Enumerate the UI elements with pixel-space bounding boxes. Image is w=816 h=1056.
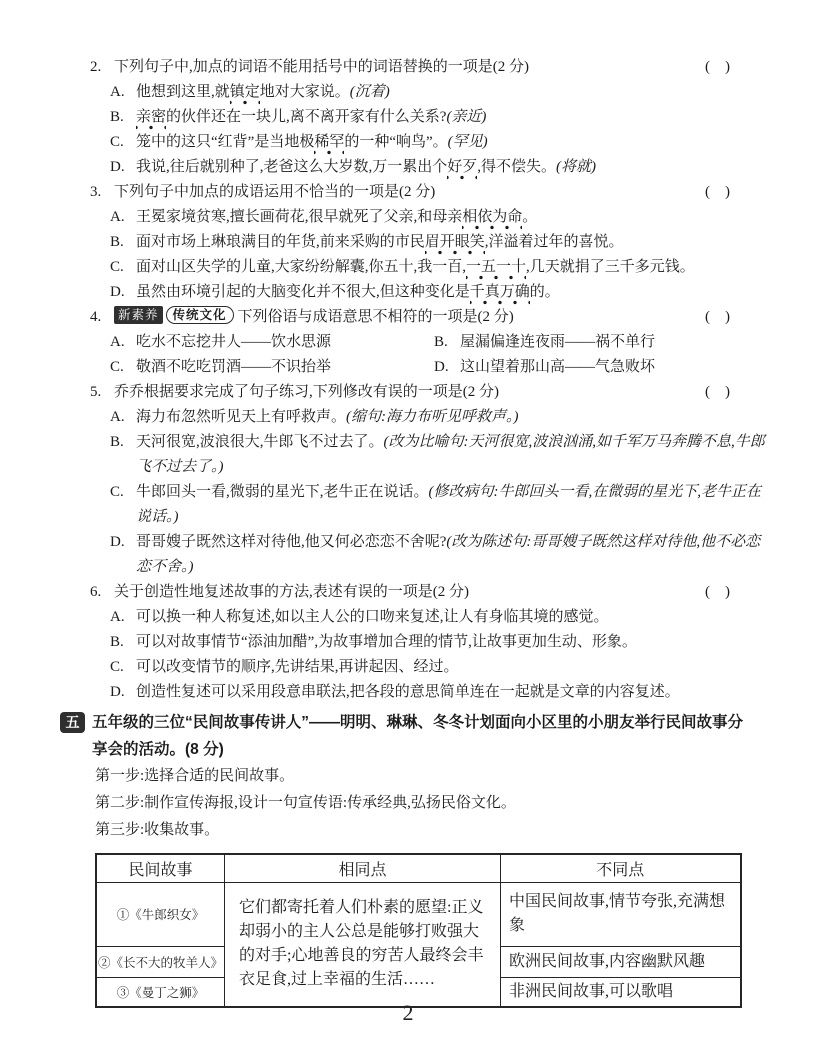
option-label: D.	[110, 530, 136, 555]
step-3: 第三步:收集故事。	[95, 817, 766, 844]
stem-text: 下列句子中加点的成语运用不恰当的一项是(2 分)	[114, 184, 435, 200]
option-d: D.虽然由环境引起的大脑变化并不很大,但这种变化是千真万确的。	[110, 280, 772, 305]
kai-annotation: (沉着)	[350, 84, 390, 100]
option-text: 地对大家说。	[260, 84, 350, 100]
option-label: B.	[110, 230, 136, 255]
question-6: 6.关于创造性地复述故事的方法,表述有误的一项是(2 分)( )A.可以换一种人…	[90, 580, 772, 705]
answer-bracket: ( )	[705, 180, 730, 205]
stem-text: 下列俗语与成语意思不相符的一项是(2 分)	[238, 309, 514, 325]
emphasized-text: 一五一十	[466, 259, 526, 280]
options: A.王冕家境贫寒,擅长画荷花,很早就死了父亲,和母亲相依为命。B.面对市场上琳琅…	[90, 205, 772, 305]
table-row: ①《牛郎织女》 它们都寄托着人们朴素的愿望:正义却弱小的主人公总是能够打败强大的…	[96, 882, 741, 946]
header-folk-story: 民间故事	[96, 854, 225, 882]
option-text: 虽然由环境引起的大脑变化并不很大,但这种变化是	[136, 284, 470, 300]
section-number-badge: 五	[60, 712, 85, 733]
option-b: B.天河很宽,波浪很大,牛郎飞不过去了。(改为比喻句:天河很宽,波浪汹涌,如千军…	[110, 430, 772, 480]
option-text: 吃水不忘挖井人——饮水思源	[136, 334, 331, 350]
folk-story-table: 民间故事 相同点 不同点 ①《牛郎织女》 它们都寄托着人们朴素的愿望:正义却弱小…	[95, 853, 742, 1008]
option-text: 可以对故事情节“添油加醋”,为故事增加合理的情节,让故事更加生动、形象。	[136, 634, 637, 650]
option-a: A.王冕家境贫寒,擅长画荷花,很早就死了父亲,和母亲相依为命。	[110, 205, 772, 230]
option-text: 。	[522, 209, 537, 225]
question-number: 4.	[90, 305, 114, 330]
emphasized-text: 好歹	[447, 159, 477, 180]
traditional-culture-badge: 传统文化	[166, 306, 234, 324]
stem-text: 下列句子中,加点的词语不能用括号中的词语替换的一项是(2 分)	[114, 59, 529, 75]
option-text: ,洋溢着过年的喜悦。	[485, 234, 624, 250]
emphasized-text: 眉开眼笑	[425, 234, 485, 255]
option-label: D.	[110, 280, 136, 305]
option-text: 王冕家境贫寒,擅长画荷花,很早就死了父亲,和母亲	[136, 209, 462, 225]
stem-text: 乔乔根据要求完成了句子练习,下列修改有误的一项是(2 分)	[114, 384, 499, 400]
option-text: 敬酒不吃吃罚酒——不识抬举	[136, 359, 331, 375]
option-label: A.	[110, 80, 136, 105]
option-label: C.	[110, 480, 136, 505]
options: A.他想到这里,就镇定地对大家说。(沉着)B.亲密的伙伴还在一块儿,离不离开家有…	[90, 80, 772, 180]
option-label: C.	[110, 130, 136, 155]
option-text: ,几天就捐了三千多元钱。	[526, 259, 695, 275]
header-difference: 不同点	[501, 854, 741, 882]
question-stem: 3.下列句子中加点的成语运用不恰当的一项是(2 分)( )	[90, 180, 772, 205]
question-stem: 5.乔乔根据要求完成了句子练习,下列修改有误的一项是(2 分)( )	[90, 380, 772, 405]
exam-page: 2.下列句子中,加点的词语不能用括号中的词语替换的一项是(2 分)( )A.他想…	[0, 0, 816, 1056]
kai-annotation: (缩句:海力布听见呼救声。)	[346, 409, 519, 425]
option-label: B.	[434, 330, 460, 355]
option-text: 面对市场上琳琅满目的年货,前来采购的市民	[136, 234, 425, 250]
section-five: 五 五年级的三位“民间故事传讲人”——明明、琳琳、冬冬计划面向小区里的小朋友举行…	[62, 709, 766, 1008]
option-text: 海力布忽然听见天上有呼救声。	[136, 409, 346, 425]
section-intro-text: 五年级的三位“民间故事传讲人”——明明、琳琳、冬冬计划面向小区里的小朋友举行民间…	[92, 714, 743, 758]
option-label: B.	[110, 430, 136, 455]
option-c: C.可以改变情节的顺序,先讲结果,再讲起因、经过。	[110, 655, 772, 680]
option-label: B.	[110, 630, 136, 655]
option-label: D.	[110, 155, 136, 180]
option-label: A.	[110, 205, 136, 230]
option-text: 的伙伴还在一块儿,离不离开家有什么关系?	[166, 109, 446, 125]
question-number: 5.	[90, 380, 114, 405]
option-label: B.	[110, 105, 136, 130]
answer-bracket: ( )	[705, 305, 730, 330]
option-text: 面对山区失学的儿童,大家纷纷解囊,你五十,我一百,	[136, 259, 466, 275]
option-text: 屋漏偏逢连夜雨——祸不单行	[460, 334, 655, 350]
question-5: 5.乔乔根据要求完成了句子练习,下列修改有误的一项是(2 分)( )A.海力布忽…	[90, 380, 772, 580]
options: A.海力布忽然听见天上有呼救声。(缩句:海力布听见呼救声。)B.天河很宽,波浪很…	[90, 405, 772, 580]
emphasized-text: 亲密	[136, 109, 166, 130]
question-number: 2.	[90, 55, 114, 80]
option-text: 的。	[530, 284, 560, 300]
story-2: ②《长不大的牧羊人》	[96, 946, 225, 977]
option-label: C.	[110, 255, 136, 280]
emphasized-text: 相依为命	[462, 209, 522, 230]
answer-bracket: ( )	[705, 580, 730, 605]
option-b: B.屋漏偏逢连夜雨——祸不单行	[434, 330, 772, 355]
option-d: D.创造性复述可以采用段意串联法,把各段的意思简单连在一起就是文章的内容复述。	[110, 680, 772, 705]
header-similarity: 相同点	[225, 854, 501, 882]
emphasized-text: 稀罕	[314, 134, 344, 155]
option-d: D.哥哥嫂子既然这样对待他,他又何必恋恋不舍呢?(改为陈述句:哥哥嫂子既然这样对…	[110, 530, 772, 580]
section-intro: 五 五年级的三位“民间故事传讲人”——明明、琳琳、冬冬计划面向小区里的小朋友举行…	[62, 709, 752, 763]
option-a: A.海力布忽然听见天上有呼救声。(缩句:海力布听见呼救声。)	[110, 405, 772, 430]
option-a: A.他想到这里,就镇定地对大家说。(沉着)	[110, 80, 772, 105]
option-text: 的一种“响鸟”。	[344, 134, 447, 150]
option-c: C.笼中的这只“红背”是当地极稀罕的一种“响鸟”。(罕见)	[110, 130, 772, 155]
option-label: A.	[110, 605, 136, 630]
option-text: ,得不偿失。	[477, 159, 556, 175]
option-label: D.	[434, 355, 460, 380]
similarity-merged-cell: 它们都寄托着人们朴素的愿望:正义却弱小的主人公总是能够打败强大的对手;心地善良的…	[225, 882, 501, 1007]
option-c: C.面对山区失学的儿童,大家纷纷解囊,你五十,我一百,一五一十,几天就捐了三千多…	[110, 255, 772, 280]
option-text: 天河很宽,波浪很大,牛郎飞不过去了。	[136, 434, 384, 450]
table-header-row: 民间故事 相同点 不同点	[96, 854, 741, 882]
option-label: C.	[110, 355, 136, 380]
option-label: A.	[110, 330, 136, 355]
kai-annotation: (将就)	[556, 159, 596, 175]
story-1: ①《牛郎织女》	[96, 882, 225, 946]
step-1: 第一步:选择合适的民间故事。	[95, 763, 766, 790]
option-label: C.	[110, 655, 136, 680]
options: A.可以换一种人称复述,如以主人公的口吻来复述,让人有身临其境的感觉。B.可以对…	[90, 605, 772, 705]
difference-1: 中国民间故事,情节夸张,充满想象	[501, 882, 741, 946]
section-steps: 第一步:选择合适的民间故事。 第二步:制作宣传海报,设计一句宣传语:传承经典,弘…	[62, 763, 766, 844]
option-text: 可以换一种人称复述,如以主人公的口吻来复述,让人有身临其境的感觉。	[136, 609, 609, 625]
option-b: B.可以对故事情节“添油加醋”,为故事增加合理的情节,让故事更加生动、形象。	[110, 630, 772, 655]
option-text: 他想到这里,就	[136, 84, 230, 100]
option-label: A.	[110, 405, 136, 430]
option-label: D.	[110, 680, 136, 705]
option-a: A.可以换一种人称复述,如以主人公的口吻来复述,让人有身临其境的感觉。	[110, 605, 772, 630]
stem-text: 关于创造性地复述故事的方法,表述有误的一项是(2 分)	[114, 584, 469, 600]
step-2: 第二步:制作宣传海报,设计一句宣传语:传承经典,弘扬民俗文化。	[95, 790, 766, 817]
emphasized-text: 千真万确	[470, 284, 530, 305]
option-b: B.面对市场上琳琅满目的年货,前来采购的市民眉开眼笑,洋溢着过年的喜悦。	[110, 230, 772, 255]
answer-bracket: ( )	[705, 55, 730, 80]
question-4: 4.新素养传统文化下列俗语与成语意思不相符的一项是(2 分)( )A.吃水不忘挖…	[90, 305, 772, 380]
option-c: C.敬酒不吃吃罚酒——不识抬举	[110, 355, 434, 380]
question-stem: 2.下列句子中,加点的词语不能用括号中的词语替换的一项是(2 分)( )	[90, 55, 772, 80]
option-text: 笼中的这只“红背”是当地极	[136, 134, 314, 150]
option-text: 我说,往后就别种了,老爸这么大岁数,万一累出个	[136, 159, 447, 175]
question-number: 6.	[90, 580, 114, 605]
question-stem: 4.新素养传统文化下列俗语与成语意思不相符的一项是(2 分)( )	[90, 305, 772, 330]
option-text: 哥哥嫂子既然这样对待他,他又何必恋恋不舍呢?	[136, 534, 446, 550]
option-d: D.我说,往后就别种了,老爸这么大岁数,万一累出个好歹,得不偿失。(将就)	[110, 155, 772, 180]
questions-list: 2.下列句子中,加点的词语不能用括号中的词语替换的一项是(2 分)( )A.他想…	[90, 55, 772, 705]
question-number: 3.	[90, 180, 114, 205]
question-stem: 6.关于创造性地复述故事的方法,表述有误的一项是(2 分)( )	[90, 580, 772, 605]
new-literacy-badge: 新素养	[114, 306, 163, 324]
option-text: 可以改变情节的顺序,先讲结果,再讲起因、经过。	[136, 659, 459, 675]
page-number: 2	[0, 1000, 816, 1026]
option-text: 牛郎回头一看,微弱的星光下,老牛正在说话。	[136, 484, 429, 500]
option-a: A.吃水不忘挖井人——饮水思源	[110, 330, 434, 355]
option-b: B.亲密的伙伴还在一块儿,离不离开家有什么关系?(亲近)	[110, 105, 772, 130]
emphasized-text: 镇定	[230, 84, 260, 105]
option-d: D.这山望着那山高——气急败坏	[434, 355, 772, 380]
kai-annotation: (亲近)	[446, 109, 486, 125]
difference-2: 欧洲民间故事,内容幽默风趣	[501, 946, 741, 977]
option-text: 创造性复述可以采用段意串联法,把各段的意思简单连在一起就是文章的内容复述。	[136, 684, 680, 700]
options: A.吃水不忘挖井人——饮水思源B.屋漏偏逢连夜雨——祸不单行C.敬酒不吃吃罚酒—…	[90, 330, 772, 380]
option-text: 这山望着那山高——气急败坏	[460, 359, 655, 375]
question-2: 2.下列句子中,加点的词语不能用括号中的词语替换的一项是(2 分)( )A.他想…	[90, 55, 772, 180]
option-c: C.牛郎回头一看,微弱的星光下,老牛正在说话。(修改病句:牛郎回头一看,在微弱的…	[110, 480, 772, 530]
answer-bracket: ( )	[705, 380, 730, 405]
question-3: 3.下列句子中加点的成语运用不恰当的一项是(2 分)( )A.王冕家境贫寒,擅长…	[90, 180, 772, 305]
kai-annotation: (罕见)	[448, 134, 488, 150]
